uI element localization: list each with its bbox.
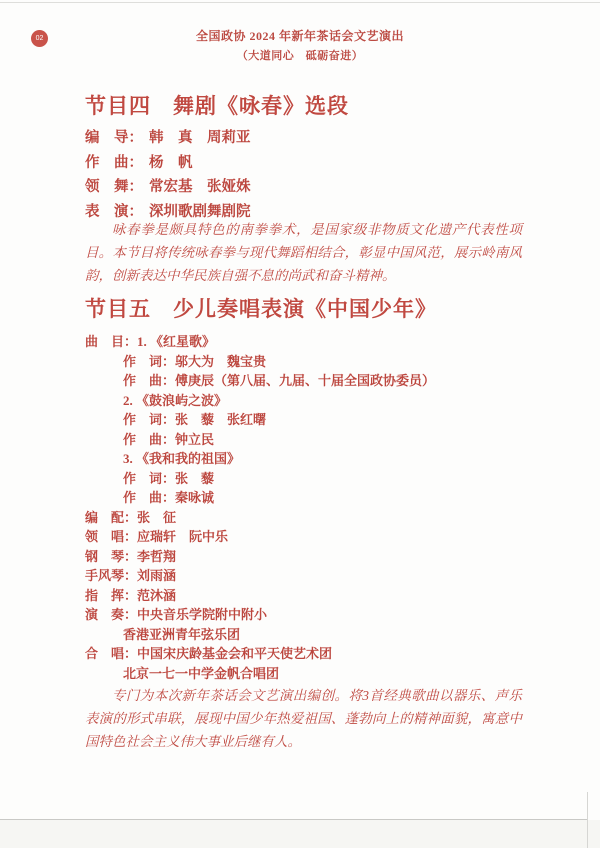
program-four-title: 节目四 舞剧《咏春》选段	[85, 90, 555, 120]
program-item-row: 手风琴：刘雨涵	[85, 566, 555, 586]
credit-value: 杨 帆	[149, 155, 193, 171]
program-item-row: 合 唱：中国宋庆龄基金会和平天使艺术团	[85, 644, 555, 664]
program-item-row: 作 词：张 藜 张红曙	[85, 410, 555, 430]
scanned-program-page: 02 全国政协 2024 年新年茶话会文艺演出 （大道同心 砥砺奋进） 节目四 …	[0, 0, 600, 848]
credit-label: 编 导：	[85, 130, 143, 146]
program-five-description: 专门为本次新年茶话会文艺演出编创。将3首经典歌曲以器乐、声乐表演的形式串联，展现…	[85, 684, 522, 753]
credit-value: 韩 真 周莉亚	[149, 130, 251, 146]
program-item-row: 编 配：张 征	[85, 508, 555, 528]
program-item-row: 演 奏：中央音乐学院附中附小	[85, 605, 555, 625]
page-edge-top	[0, 2, 600, 3]
program-item-row: 北京一七一中学金帆合唱团	[85, 664, 555, 684]
program-item-row: 香港亚洲青年弦乐团	[85, 625, 555, 645]
page-backing	[0, 820, 600, 848]
credit-label: 作 曲：	[85, 155, 143, 171]
program-item-row: 作 词：张 藜	[85, 469, 555, 489]
program-item-row: 钢 琴：李哲翔	[85, 547, 555, 567]
program-four-credits: 编 导：韩 真 周莉亚 作 曲：杨 帆 领 舞：常宏基 张娅姝 表 演：深圳歌剧…	[85, 126, 555, 224]
page-header: 全国政协 2024 年新年茶话会文艺演出 （大道同心 砥砺奋进）	[0, 27, 600, 63]
program-item-row: 曲 目：1. 《红星歌》	[85, 332, 555, 352]
program-item-row: 作 曲：秦咏诚	[85, 488, 555, 508]
program-item-row: 指 挥：范沐涵	[85, 586, 555, 606]
program-five-credits: 曲 目：1. 《红星歌》作 词：邬大为 魏宝贵作 曲：傅庚辰（第八届、九届、十届…	[85, 332, 555, 683]
credit-label: 领 舞：	[85, 179, 143, 195]
credit-row: 作 曲：杨 帆	[85, 151, 555, 176]
credit-row: 编 导：韩 真 周莉亚	[85, 126, 555, 151]
program-item-row: 作 曲：傅庚辰（第八届、九届、十届全国政协委员）	[85, 371, 555, 391]
event-title: 全国政协 2024 年新年茶话会文艺演出	[0, 27, 600, 44]
page-edge-bottom	[0, 819, 588, 820]
program-four-description: 咏春拳是颇具特色的南拳拳术，是国家级非物质文化遗产代表性项目。本节目将传统咏春拳…	[85, 218, 522, 287]
program-item-row: 3. 《我和我的祖国》	[85, 449, 555, 469]
event-subtitle: （大道同心 砥砺奋进）	[0, 47, 600, 63]
program-item-row: 2. 《鼓浪屿之波》	[85, 391, 555, 411]
credit-value: 常宏基 张娅姝	[149, 179, 251, 195]
credit-row: 领 舞：常宏基 张娅姝	[85, 175, 555, 200]
program-item-row: 作 词：邬大为 魏宝贵	[85, 352, 555, 372]
program-item-row: 领 唱：应瑞轩 阮中乐	[85, 527, 555, 547]
program-five-title: 节目五 少儿奏唱表演《中国少年》	[85, 293, 555, 323]
program-item-row: 作 曲：钟立民	[85, 430, 555, 450]
page-edge-right	[587, 792, 588, 848]
